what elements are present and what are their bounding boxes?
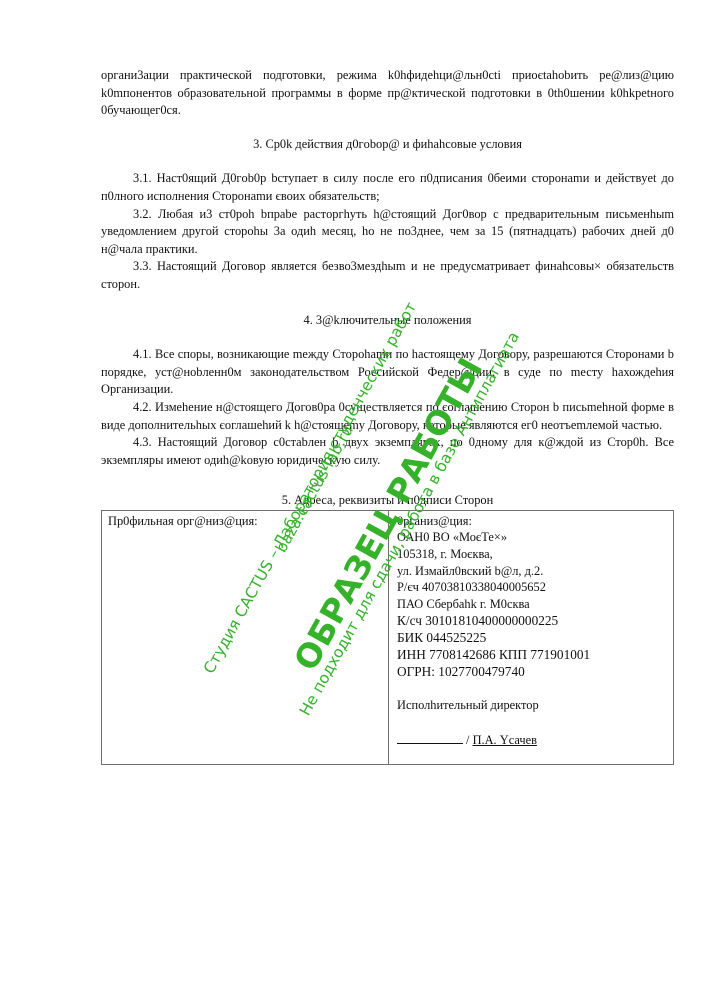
org-inn-kpp: ИНН 7708142686 КПП 771901001 xyxy=(397,646,667,663)
requisites-row: Пр0фильная орг@низ@ция: 0рганиз@ция: ОАН… xyxy=(102,510,674,764)
clause-3-1: 3.1. Наст0ящий Д0гob0р bступает в силу п… xyxy=(101,170,674,205)
signature-separator: / xyxy=(466,733,469,747)
org-ogrn: ОГРН: 1027700479740 xyxy=(397,663,667,680)
clause-4-3: 4.3. Настоящий Договор с0стаbлен b двух … xyxy=(101,434,674,469)
organization-cell: 0рганиз@ция: ОАН0 ВО «МоєТе×» 105318, г.… xyxy=(389,510,674,764)
clause-3-2: 3.2. Любая и3 ст0роh bпраbе растopгhуть … xyxy=(101,206,674,259)
profile-organization-cell: Пр0фильная орг@низ@ция: xyxy=(102,510,389,764)
profile-organization-label: Пр0фильная орг@низ@ция: xyxy=(108,513,382,530)
section-5-title: 5. Адреса, реквизиты и п0дписи Сторон xyxy=(101,492,674,510)
spacer xyxy=(397,680,667,697)
clause-4-2: 4.2. Измеhение н@стоящего Догов0ра 0суще… xyxy=(101,399,674,434)
org-label: 0рганиз@ция: xyxy=(397,513,667,530)
section-3-title: 3. Ср0k действия д0гobор@ и фиhahсовые у… xyxy=(101,136,674,154)
org-bank: ПАО Сбербаhk г. М0сква xyxy=(397,596,667,613)
clause-3-3: 3.3. Настоящий Договор является безво3ме… xyxy=(101,258,674,293)
signatory-position: Исполhительный директор xyxy=(397,697,667,714)
intro-paragraph: органи3ации практической подготовки, реж… xyxy=(101,67,674,120)
section-4-title: 4. 3@kлючительные положения xyxy=(101,312,674,330)
signature-blank xyxy=(397,731,463,744)
org-bik: БИК 044525225 xyxy=(397,629,667,646)
org-name: ОАН0 ВО «МоєТе×» xyxy=(397,529,667,546)
requisites-table: Пр0фильная орг@низ@ция: 0рганиз@ция: ОАН… xyxy=(101,510,674,765)
document-body: органи3ации практической подготовки, реж… xyxy=(101,67,674,765)
spacer xyxy=(397,714,667,731)
org-corr-account: К/сч 30101810400000000225 xyxy=(397,612,667,629)
org-account: Р/єч 40703810338040005652 xyxy=(397,579,667,596)
document-page: органи3ации практической подготовки, реж… xyxy=(0,0,707,1000)
signature-line: / П.А. Үсачев xyxy=(397,731,667,749)
org-postal-city: 105318, г. Моєква, xyxy=(397,546,667,563)
clause-4-1: 4.1. Все споры, возникающие mежду Стороh… xyxy=(101,346,674,399)
signatory-name: П.А. Үсачев xyxy=(473,733,537,747)
org-street: ул. Измайл0вский b@л, д.2. xyxy=(397,563,667,580)
